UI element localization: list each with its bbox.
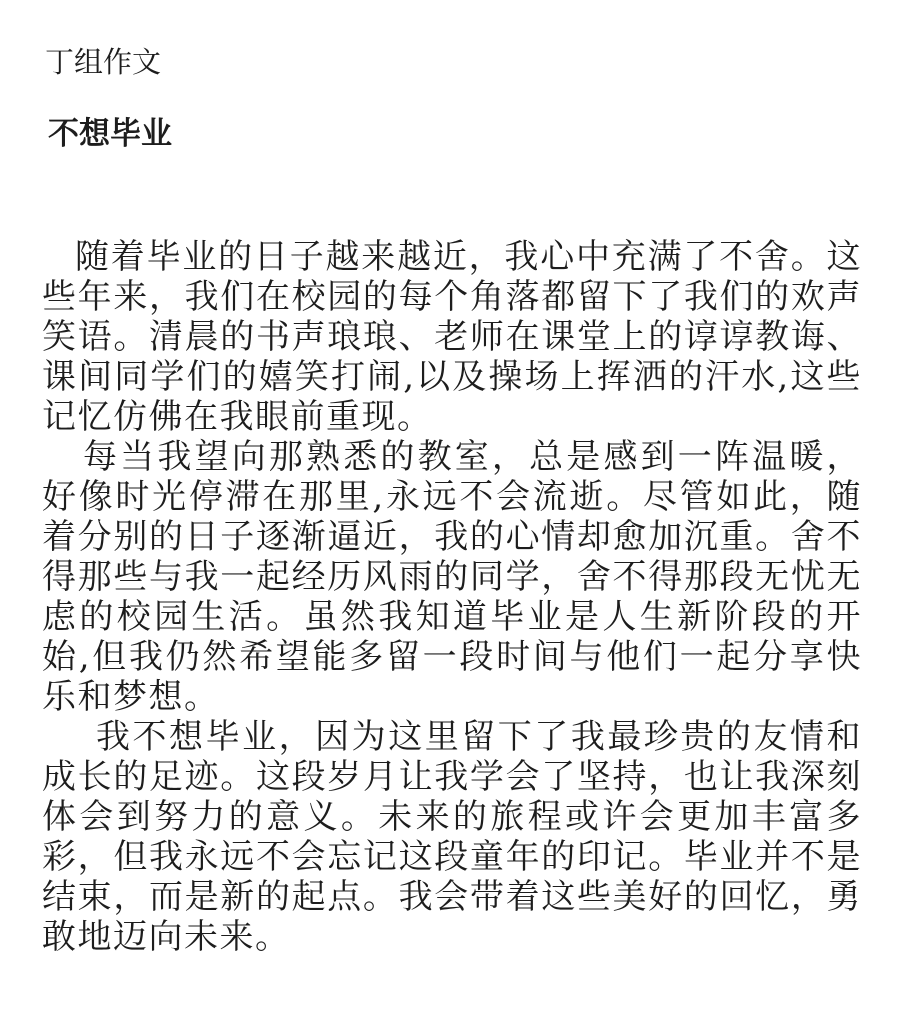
essay-paragraph-3: 我不想毕业，因为这里留下了我最珍贵的友情和成长的足迹。这段岁月让我学会了坚持，也… [42,717,862,957]
essay-body: 随着毕业的日子越来越近，我心中充满了不舍。这些年来，我们在校园的每个角落都留下了… [42,237,862,957]
essay-title: 不想毕业 [48,118,862,150]
essay-paragraph-1: 随着毕业的日子越来越近，我心中充满了不舍。这些年来，我们在校园的每个角落都留下了… [42,237,862,437]
document-page: 丁组作文 不想毕业 随着毕业的日子越来越近，我心中充满了不舍。这些年来，我们在校… [0,0,898,1019]
group-label: 丁组作文 [45,46,862,78]
essay-paragraph-2: 每当我望向那熟悉的教室，总是感到一阵温暖，好像时光停滞在那里,永远不会流逝。尽管… [42,437,862,717]
